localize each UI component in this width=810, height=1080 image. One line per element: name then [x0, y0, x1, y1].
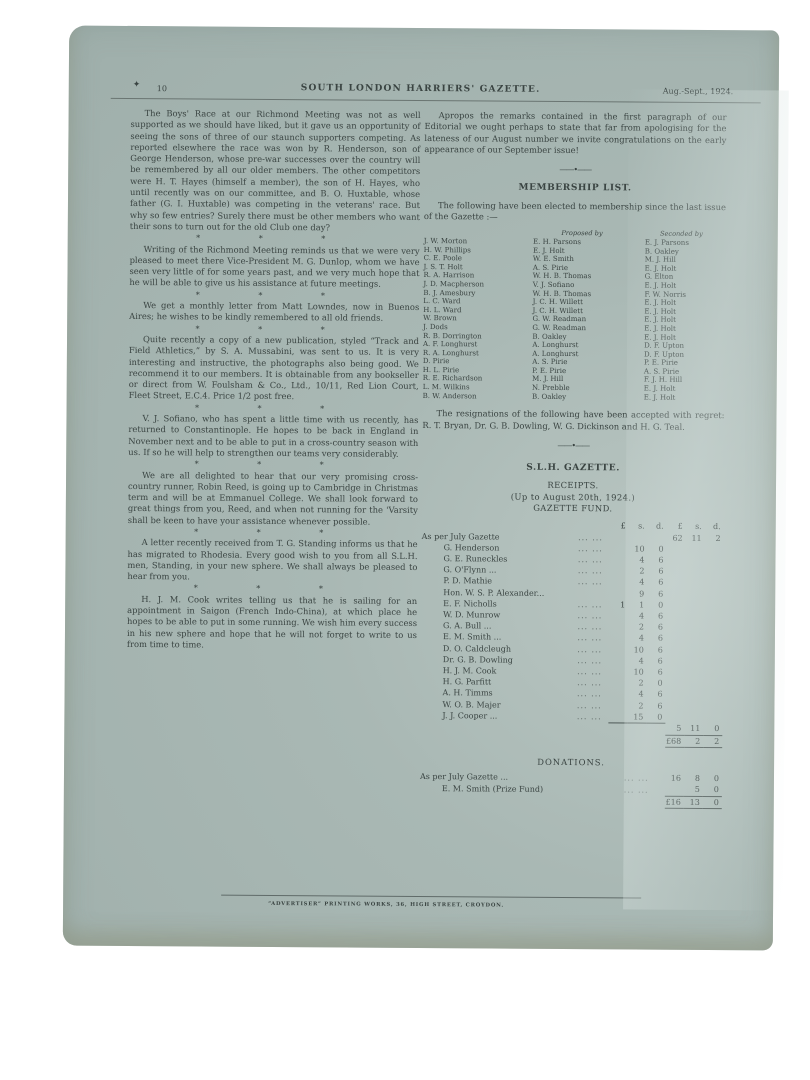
- amount-pence: 0: [647, 599, 666, 610]
- proposer-name: N. Prebble: [526, 384, 636, 393]
- entry-name: J. J. Cooper ...: [420, 710, 577, 723]
- rule: [627, 723, 646, 735]
- spacer: [646, 735, 665, 747]
- spacer: [624, 796, 665, 808]
- donation-amount: 16: [665, 773, 684, 784]
- amount-shillings: 2: [628, 566, 647, 577]
- spacer: [685, 656, 704, 667]
- seconder-name: D. F. Upton: [636, 342, 725, 351]
- amount-l: [610, 532, 629, 543]
- leader-dots: ... ...: [577, 621, 609, 632]
- amount-pence: 6: [647, 622, 666, 633]
- spacer: [704, 577, 723, 588]
- member-name: C. E. Poole: [424, 254, 527, 263]
- amount-shillings: 10: [629, 543, 648, 554]
- issue-date: Aug.-Sept., 1924.: [663, 87, 733, 96]
- amount-pence: 6: [647, 689, 666, 700]
- spacer: [420, 733, 577, 746]
- donation-amount: 5: [684, 784, 703, 796]
- entry-name: E. M. Smith (Prize Fund): [420, 782, 624, 795]
- amount-pence: 0: [647, 678, 666, 689]
- amount-pounds: [609, 633, 628, 644]
- member-name: L. M. Wilkins: [423, 383, 526, 392]
- spacer: [703, 701, 722, 712]
- amount-pence: 0: [648, 543, 667, 554]
- amount-pounds: [609, 666, 628, 677]
- gazette-page: ✦ 10 SOUTH LONDON HARRIERS' GAZETTE. Aug…: [63, 26, 779, 951]
- amount-shillings: 4: [628, 610, 647, 621]
- spacer: [704, 555, 723, 566]
- entry-name: Hon. W. S. P. Alexander...: [421, 587, 578, 599]
- spacer: [665, 711, 684, 723]
- spacer: [685, 566, 704, 577]
- seconder-name: M. J. Hill: [637, 256, 726, 265]
- leader-dots: ... ...: [577, 666, 609, 677]
- publication-title: SOUTH LONDON HARRIERS' GAZETTE.: [301, 83, 541, 95]
- spacer: [685, 667, 704, 678]
- amount-shillings: 4: [628, 577, 647, 588]
- spacer: [684, 712, 703, 724]
- donation-amount: 8: [684, 773, 703, 784]
- leader-dots: ... ...: [578, 543, 610, 554]
- spacer: [704, 589, 723, 600]
- donation-amount: [665, 784, 684, 796]
- amount-pence: 6: [647, 667, 666, 678]
- grand-total-amount: 2: [703, 735, 722, 747]
- amount-pounds: [609, 677, 628, 688]
- spacer: [666, 555, 685, 566]
- currency-header: d.: [705, 521, 724, 532]
- leader-dots: ... ...: [577, 711, 609, 723]
- spacer: [685, 588, 704, 599]
- total-amount: 11: [686, 532, 705, 543]
- amount-shillings: 4: [628, 655, 647, 666]
- currency-header: s.: [629, 521, 648, 532]
- spacer: [685, 600, 704, 611]
- amount-pounds: [610, 543, 629, 554]
- member-name: B. W. Anderson: [423, 392, 526, 401]
- donations-total-amount: 13: [684, 796, 703, 808]
- spacer: [685, 689, 704, 700]
- seconder-name: E. J. Holt: [636, 299, 725, 308]
- membership-intro: The following have been elected to membe…: [424, 200, 726, 225]
- amount-pounds: [608, 711, 627, 723]
- spacer: [627, 735, 646, 747]
- amount-pounds: [609, 655, 628, 666]
- proposer-name: B. Oakley: [526, 392, 636, 401]
- spacer: [666, 611, 685, 622]
- member-name: J. D. Macpherson: [423, 280, 526, 289]
- resignations-note: The resignations of the following have b…: [422, 408, 724, 433]
- amount-shillings: 15: [627, 711, 646, 723]
- leader-dots: ... ...: [578, 599, 610, 610]
- seconder-name: E. J. Holt: [636, 385, 725, 394]
- donations-row: E. M. Smith (Prize Fund)... ...50: [420, 782, 722, 796]
- entry-name: A. H. Timms: [421, 687, 578, 699]
- donations-total-row: £16130: [420, 794, 722, 808]
- leader-dots: ... ...: [578, 610, 610, 621]
- amount-pence: 6: [646, 700, 665, 711]
- gazette-fund-ledger: £s.d.£s.d.As per July Gazette... ...6211…: [420, 519, 724, 748]
- amount-pounds: [609, 689, 628, 700]
- subtotal-amount: 0: [703, 723, 722, 735]
- paragraph-cook: H. J. M. Cook writes telling us that he …: [127, 594, 417, 653]
- amount-pounds: [609, 621, 628, 632]
- paragraph-standing: A letter recently received from T. G. St…: [127, 537, 417, 584]
- spacer: [666, 622, 685, 633]
- leader-dots: ... ...: [577, 700, 609, 711]
- amount-pounds: [609, 644, 628, 655]
- spacer: [666, 633, 685, 644]
- proposer-name: G. W. Readman: [526, 324, 636, 333]
- currency-header: £: [667, 521, 686, 532]
- leader-dots: ... ...: [577, 655, 609, 666]
- amount-shillings: 4: [628, 554, 647, 565]
- leader-dots: [578, 588, 610, 599]
- subtotal-amount: 11: [684, 723, 703, 735]
- donations-total-amount: £16: [665, 796, 684, 808]
- donation-amount: 0: [703, 784, 722, 796]
- proposer-name: A. Longhurst: [526, 341, 636, 350]
- total-amount: 62: [667, 532, 686, 543]
- amount-pounds: [609, 577, 628, 588]
- entry-name: As per July Gazette: [422, 531, 579, 543]
- member-name: L. C. Ward: [423, 297, 526, 306]
- entry-name: As per July Gazette ...: [420, 771, 624, 784]
- spacer: [666, 655, 685, 666]
- spacer: [704, 566, 723, 577]
- amount-shillings: 2: [628, 622, 647, 633]
- leader-dots: ... ...: [578, 565, 610, 576]
- leader-dots: ... ...: [577, 677, 609, 688]
- seconder-name: E. J. Parsons: [637, 238, 726, 247]
- entry-name: E. M. Smith ...: [421, 631, 578, 643]
- amount-pounds: [608, 700, 627, 711]
- spacer: [704, 678, 723, 689]
- entry-name: D. O. Caldcleugh: [421, 643, 578, 655]
- currency-header: £: [610, 521, 629, 532]
- leader-dots: ... ...: [624, 773, 665, 784]
- proposer-name: J. C. H. Willett: [527, 298, 637, 307]
- seconder-name: E. J. Holt: [636, 393, 725, 402]
- accounts-heading: S.L.H. GAZETTE.: [422, 462, 724, 475]
- ornament-divider: ——•——: [424, 163, 726, 176]
- member-name: A. F. Longhurst: [423, 340, 526, 349]
- spacer: [685, 611, 704, 622]
- spacer: [666, 588, 685, 599]
- ledger-total-row: £6822: [420, 733, 722, 747]
- donations-heading: DONATIONS.: [420, 756, 722, 769]
- page-number: 10: [157, 84, 167, 93]
- spacer: [704, 611, 723, 622]
- ornament-divider: ——•——: [422, 439, 724, 452]
- leader-dots: ... ...: [577, 688, 609, 699]
- grand-total-amount: 2: [684, 735, 703, 747]
- amount-pounds: [609, 610, 628, 621]
- spacer: [685, 678, 704, 689]
- spacer: [685, 633, 704, 644]
- spacer: [704, 689, 723, 700]
- leader-dots: ... ...: [578, 554, 610, 565]
- spacer: [685, 622, 704, 633]
- amount-pounds: 1: [609, 599, 628, 610]
- leader-dots: ... ...: [578, 532, 610, 543]
- rule: [646, 723, 665, 735]
- amount-pence: 6: [647, 611, 666, 622]
- paragraph-lowndes: We get a monthly letter from Matt Lownde…: [129, 300, 419, 325]
- spacer: [666, 689, 685, 700]
- amount-pounds: [609, 554, 628, 565]
- paragraph-boys-race: The Boys' Race at our Richmond Meeting w…: [130, 108, 421, 234]
- spacer: [685, 555, 704, 566]
- amount-pence: 6: [647, 566, 666, 577]
- currency-header: s.: [686, 521, 705, 532]
- amount-shillings: 1: [628, 599, 647, 610]
- amount-d: [648, 532, 667, 543]
- spacer: [666, 566, 685, 577]
- spacer: [704, 667, 723, 678]
- spacer: [686, 544, 705, 555]
- spacer: [666, 667, 685, 678]
- paragraph-sofiano: V. J. Sofiano, who has spent a little ti…: [128, 413, 418, 460]
- spacer: [704, 656, 723, 667]
- amount-pounds: [609, 588, 628, 599]
- member-name: J. W. Morton: [424, 237, 527, 246]
- amount-pence: 6: [647, 588, 666, 599]
- spacer: [666, 644, 685, 655]
- running-header: ✦ 10 SOUTH LONDON HARRIERS' GAZETTE. Aug…: [111, 80, 761, 104]
- leader-dots: ... ...: [577, 632, 609, 643]
- amount-pence: 6: [647, 555, 666, 566]
- fund-heading: GAZETTE FUND.: [422, 502, 724, 515]
- spacer: [704, 622, 723, 633]
- amount-shillings: 2: [627, 700, 646, 711]
- membership-table: Proposed bySeconded by J. W. MortonE. H.…: [423, 228, 726, 402]
- spacer: [704, 645, 723, 656]
- ledger-row: J. J. Cooper ...... ...150: [420, 710, 722, 724]
- editorial-note: Apropos the remarks contained in the fir…: [424, 110, 726, 157]
- entry-name: P. D. Mathie: [421, 575, 578, 587]
- rule: [608, 723, 627, 735]
- donations-total-amount: 0: [703, 796, 722, 808]
- spacer: [667, 543, 686, 554]
- leader-dots: ... ...: [577, 644, 609, 655]
- page-mark: ✦: [133, 80, 141, 90]
- paragraph-publication: Quite recently a copy of a new publicati…: [129, 334, 419, 404]
- spacer: [665, 700, 684, 711]
- proposer-name: E. H. Parsons: [527, 238, 637, 247]
- amount-pence: 6: [647, 633, 666, 644]
- amount-pence: 0: [646, 711, 665, 723]
- spacer: [420, 794, 624, 808]
- spacer: [704, 633, 723, 644]
- spacer: [666, 678, 685, 689]
- spacer: [685, 644, 704, 655]
- amount-s: [629, 532, 648, 543]
- spacer: [666, 577, 685, 588]
- amount-shillings: 9: [628, 588, 647, 599]
- grand-total-amount: £68: [665, 735, 684, 747]
- proposer-name: V. J. Sofiano: [527, 281, 637, 290]
- donation-amount: 0: [703, 773, 722, 784]
- donations-ledger: As per July Gazette ...... ...1680E. M. …: [420, 771, 722, 809]
- paragraph-reed: We are all delighted to hear that our ve…: [128, 469, 418, 528]
- spacer: [685, 577, 704, 588]
- spacer: [578, 520, 610, 531]
- spacer: [684, 700, 703, 711]
- entry-name: W. O. B. Majer: [420, 699, 577, 711]
- amount-pounds: [609, 565, 628, 576]
- spacer: [577, 734, 609, 746]
- amount-shillings: 10: [628, 644, 647, 655]
- member-name: J. Dods: [423, 323, 526, 332]
- seconder-name: E. J. Holt: [636, 324, 725, 333]
- membership-heading: MEMBERSHIP LIST.: [424, 182, 726, 195]
- spacer: [703, 712, 722, 724]
- spacer: [577, 723, 609, 735]
- currency-header: d.: [648, 521, 667, 532]
- paragraph-dunlop: Writing of the Richmond Meeting reminds …: [129, 244, 419, 291]
- seconder-name: E. J. Holt: [636, 281, 725, 290]
- amount-pence: 6: [647, 655, 666, 666]
- spacer: [705, 544, 724, 555]
- spacer: [666, 599, 685, 610]
- leader-dots: ... ...: [624, 784, 665, 796]
- amount-shillings: 10: [628, 666, 647, 677]
- amount-pence: 6: [647, 577, 666, 588]
- amount-shillings: 4: [628, 633, 647, 644]
- printer-imprint: “ADVERTISER” PRINTING WORKS, 36, HIGH ST…: [268, 901, 504, 909]
- subtotal-amount: 5: [665, 723, 684, 735]
- spacer: [608, 735, 627, 747]
- amount-pence: 6: [647, 644, 666, 655]
- left-column: The Boys' Race at our Richmond Meeting w…: [127, 108, 421, 652]
- right-column: Apropos the remarks contained in the fir…: [420, 110, 727, 809]
- amount-shillings: 4: [628, 689, 647, 700]
- total-amount: 2: [705, 533, 724, 544]
- footer-rule: [221, 895, 641, 899]
- spacer: [704, 600, 723, 611]
- member-row: B. W. AndersonB. OakleyE. J. Holt: [423, 392, 725, 403]
- leader-dots: ... ...: [578, 576, 610, 587]
- amount-shillings: 2: [628, 678, 647, 689]
